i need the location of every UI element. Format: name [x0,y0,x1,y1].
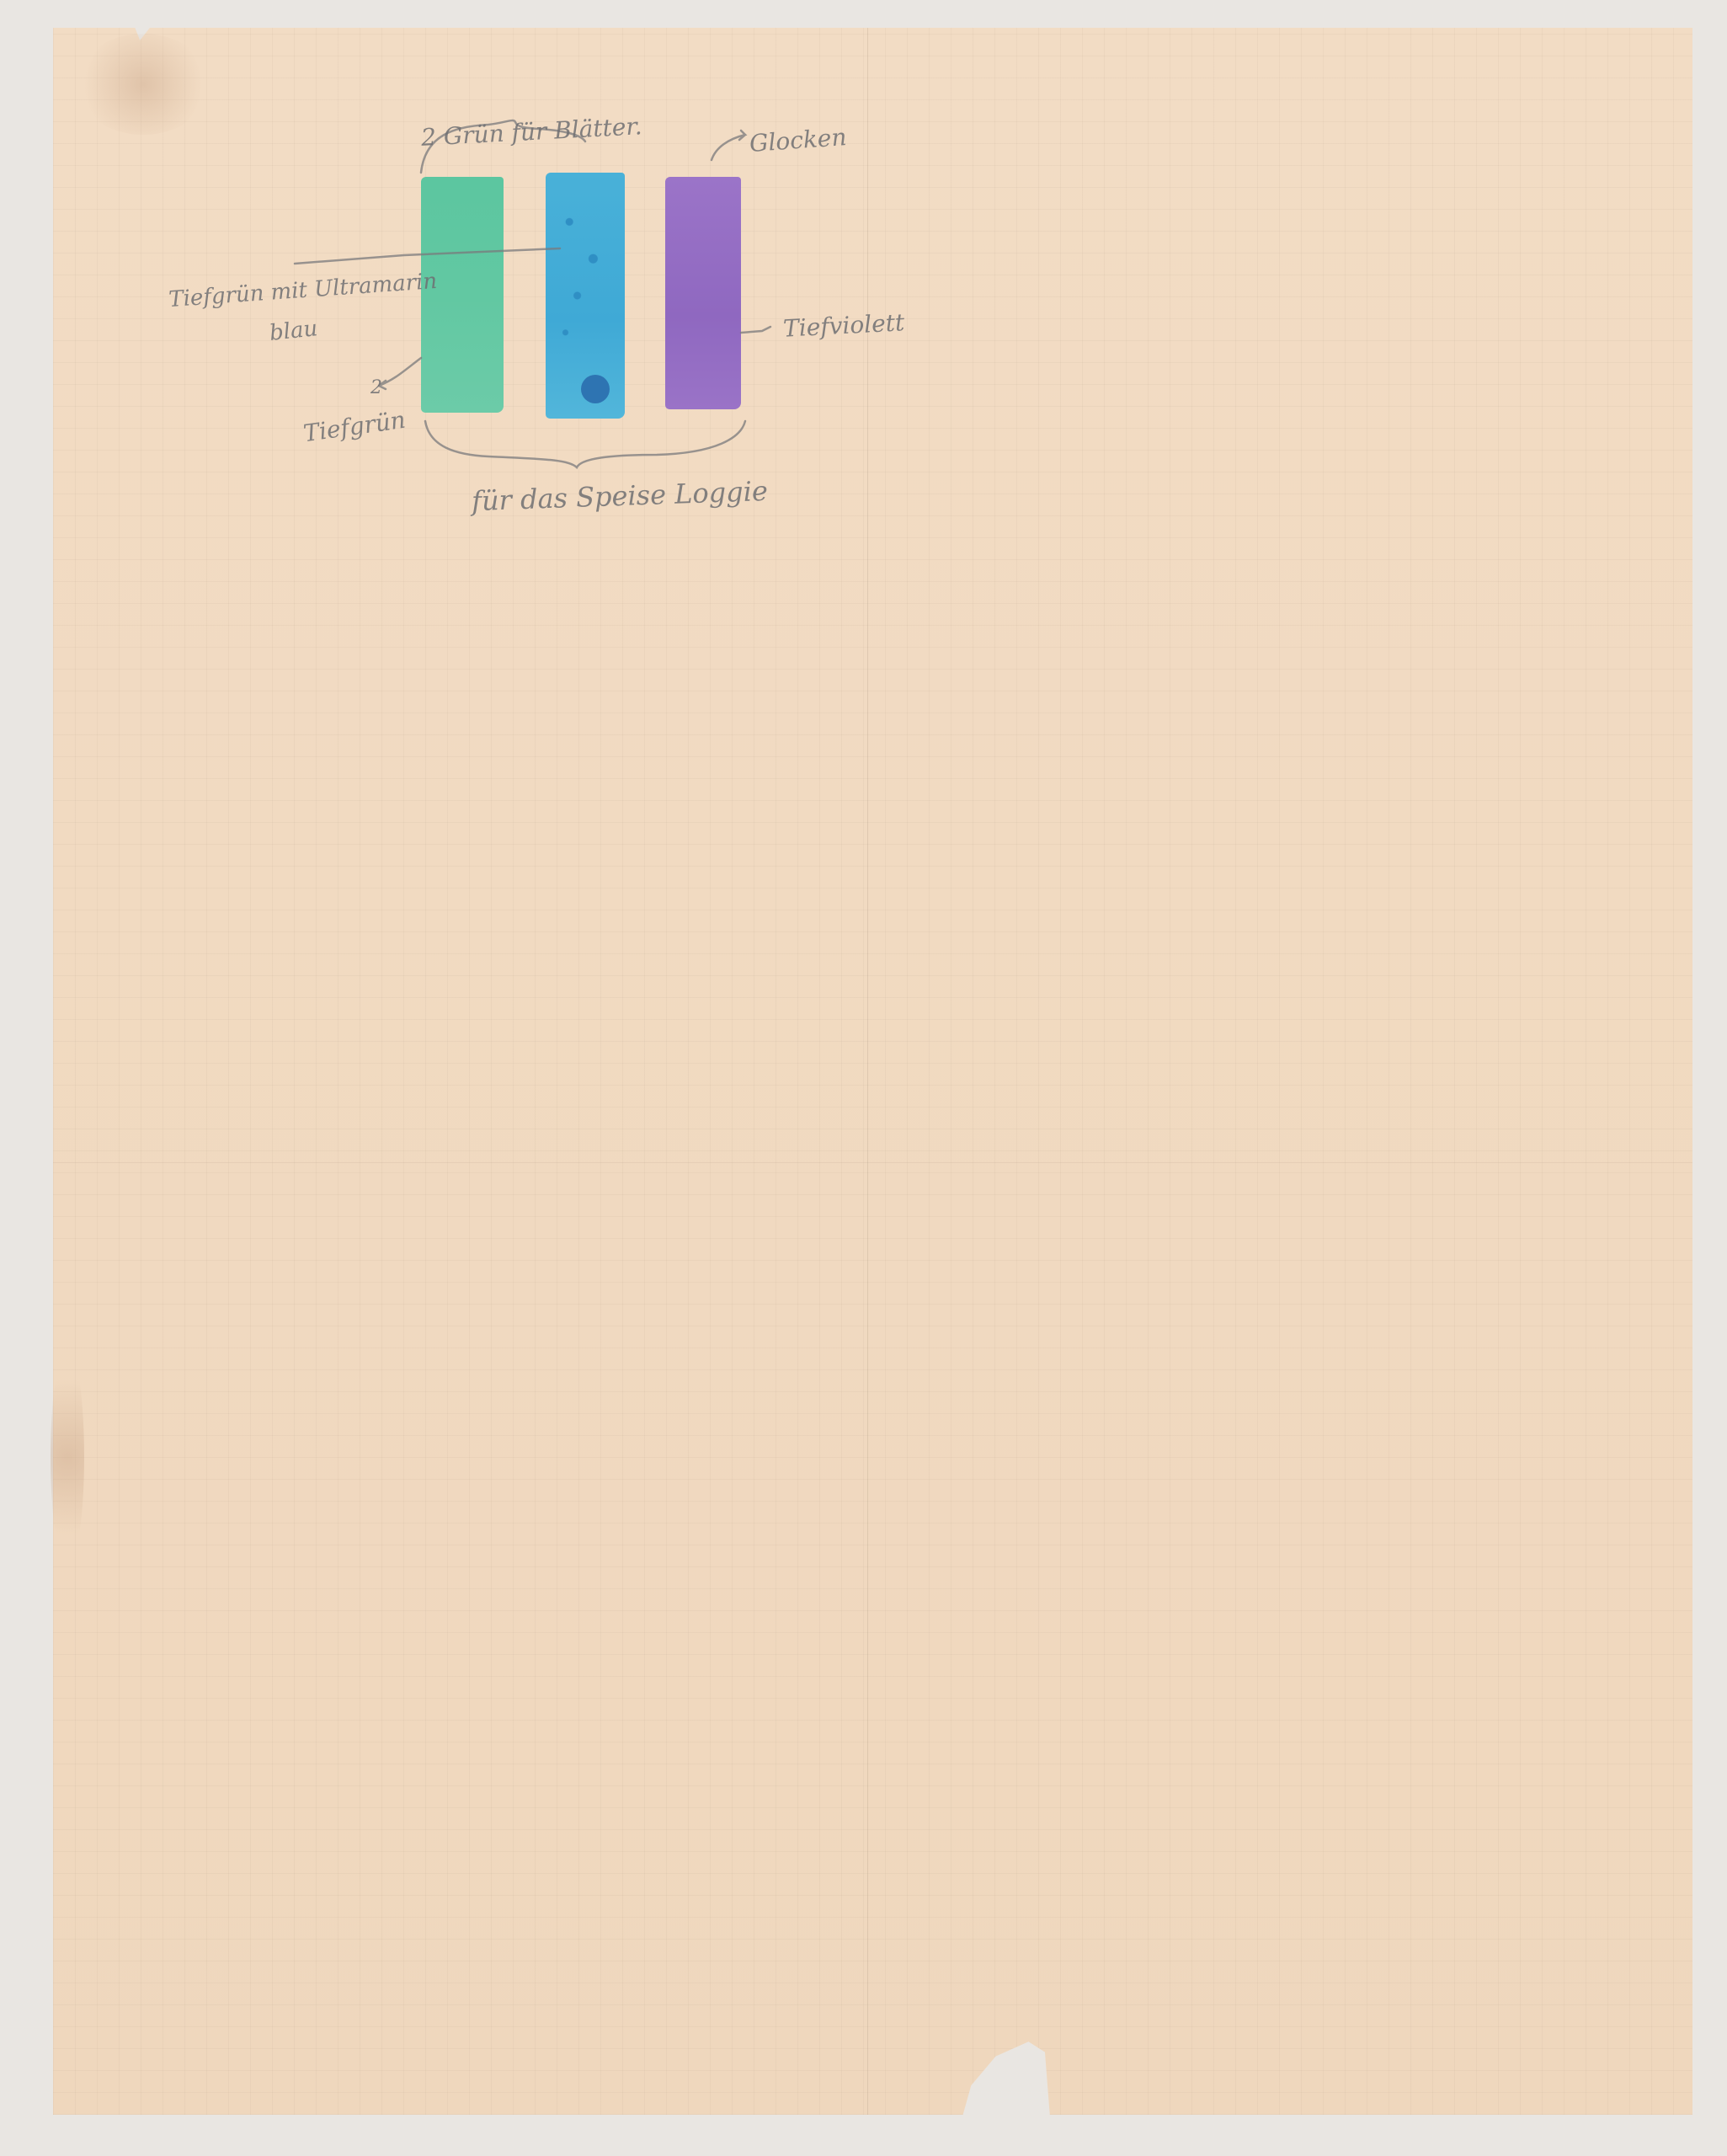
green-color-swatch [421,177,504,413]
label-number-2: 2 [370,377,382,398]
edge-stain [51,1347,84,1566]
vertical-fold-line [867,28,868,2115]
purple-color-swatch [665,177,741,409]
corner-stain [76,34,211,135]
stamp-seal-icon [581,375,610,403]
horizontal-fold-line [53,1162,1692,1163]
label-blau: blau [269,316,319,346]
